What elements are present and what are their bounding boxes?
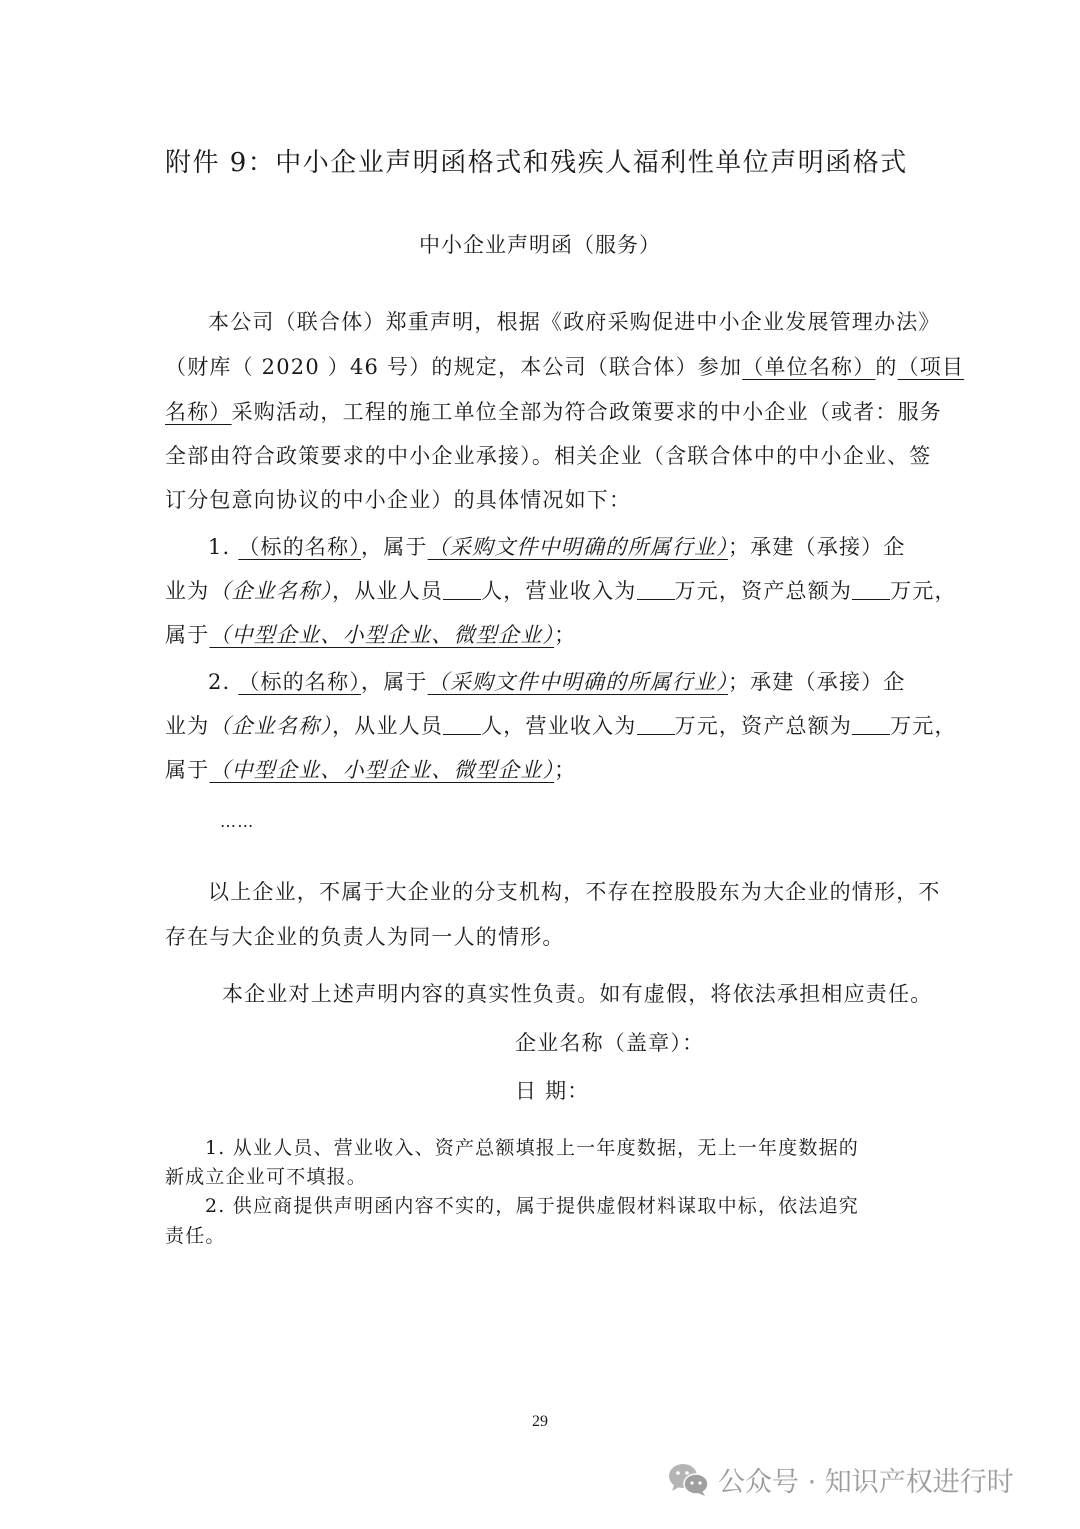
text: 万元，资产总额为 — [675, 579, 853, 603]
text: 业为 — [165, 714, 209, 738]
revenue-blank — [637, 581, 675, 600]
text: 人，营业收入为 — [481, 579, 636, 603]
intro-line-3: 名称）采购活动，工程的施工单位全部为符合政策要求的中小企业（或者：服务 — [165, 396, 942, 426]
text: 属于 — [165, 758, 209, 782]
statement-line-1: 以上企业，不属于大企业的分支机构，不存在控股股东为大企业的情形，不 — [208, 876, 941, 906]
text: ；承建（承接）企 — [728, 535, 906, 559]
company-name-field: （企业名称） — [209, 579, 332, 603]
intro-line-2: （财库（ 2020 ）46 号）的规定，本公司（联合体）参加（单位名称）的（项目 — [165, 351, 964, 381]
text: 万元， — [890, 579, 957, 603]
assets-blank — [852, 716, 890, 735]
item-line-2: 业为（企业名称），从业人员人，营业收入为万元，资产总额为万元， — [165, 575, 957, 605]
industry-field: （采购文件中明确的所属行业） — [428, 670, 728, 694]
item-number: 1. — [208, 535, 230, 559]
revenue-blank — [637, 716, 675, 735]
enterprise-scale-field: （中型企业、小型企业、微型企业） — [209, 623, 554, 647]
text: 采购活动，工程的施工单位全部为符合政策要求的中小企业（或者：服务 — [232, 400, 942, 424]
item-line-1: 2. （标的名称），属于（采购文件中明确的所属行业）；承建（承接）企 — [208, 666, 906, 696]
wechat-icon — [668, 1463, 710, 1497]
project-name-field-start: （项目 — [898, 355, 965, 379]
company-seal-label: 企业名称（盖章）： — [515, 1027, 704, 1057]
text: 的 — [875, 355, 897, 379]
item-line-3: 属于（中型企业、小型企业、微型企业）； — [165, 754, 576, 784]
text: 万元， — [890, 714, 957, 738]
employees-blank — [443, 581, 481, 600]
item-line-3: 属于（中型企业、小型企业、微型企业）； — [165, 619, 576, 649]
note-2-line-1: 2. 供应商提供声明函内容不实的，属于提供虚假材料谋取中标，依法追究 — [205, 1191, 859, 1218]
text: ，从业人员 — [332, 579, 443, 603]
item-line-1: 1. （标的名称），属于（采购文件中明确的所属行业）；承建（承接）企 — [208, 531, 906, 561]
statement-line-2: 存在与大企业的负责人为同一人的情形。 — [165, 921, 565, 951]
document-title: 附件 9：中小企业声明函格式和残疾人福利性单位声明函格式 — [165, 142, 908, 179]
note-1-line-1: 1. 从业人员、营业收入、资产总额填报上一年度数据，无上一年度数据的 — [205, 1133, 859, 1160]
subject-name-field: （标的名称） — [238, 670, 361, 694]
unit-name-field: （单位名称） — [742, 355, 875, 379]
project-name-field-end: 名称） — [165, 400, 232, 424]
item-number: 2. — [208, 670, 230, 694]
text: 属于 — [165, 623, 209, 647]
text: ； — [554, 758, 576, 782]
item-line-2: 业为（企业名称），从业人员人，营业收入为万元，资产总额为万元， — [165, 710, 957, 740]
note-2-line-2: 责任。 — [165, 1221, 226, 1248]
text: 万元，资产总额为 — [675, 714, 853, 738]
industry-field: （采购文件中明确的所属行业） — [428, 535, 728, 559]
assets-blank — [852, 581, 890, 600]
note-1-line-2: 新成立企业可不填报。 — [165, 1162, 367, 1189]
text: ，从业人员 — [332, 714, 443, 738]
text: ，属于 — [361, 535, 428, 559]
text: 人，营业收入为 — [481, 714, 636, 738]
watermark: 公众号 · 知识产权进行时 — [668, 1460, 1014, 1499]
enterprise-scale-field: （中型企业、小型企业、微型企业） — [209, 758, 554, 782]
intro-line-4: 全部由符合政策要求的中小企业承接）。相关企业（含联合体中的中小企业、签 — [165, 440, 932, 470]
text: 业为 — [165, 579, 209, 603]
intro-line-1: 本公司（联合体）郑重声明，根据《政府采购促进中小企业发展管理办法》 — [208, 306, 941, 336]
responsibility-statement: 本企业对上述声明内容的真实性负责。如有虚假，将依法承担相应责任。 — [222, 978, 932, 1008]
intro-line-5: 订分包意向协议的中小企业）的具体情况如下： — [165, 484, 631, 514]
text: （财库（ 2020 ）46 号）的规定，本公司（联合体）参加 — [165, 355, 742, 379]
subject-name-field: （标的名称） — [238, 535, 361, 559]
document-subtitle: 中小企业声明函（服务） — [0, 229, 1080, 259]
ellipsis: …… — [220, 812, 254, 831]
watermark-text: 公众号 · 知识产权进行时 — [718, 1460, 1014, 1499]
text: ；承建（承接）企 — [728, 670, 906, 694]
page-number: 29 — [0, 1413, 1080, 1431]
text: ，属于 — [361, 670, 428, 694]
employees-blank — [443, 716, 481, 735]
text: ； — [554, 623, 576, 647]
company-name-field: （企业名称） — [209, 714, 332, 738]
date-label: 日 期： — [515, 1075, 589, 1105]
